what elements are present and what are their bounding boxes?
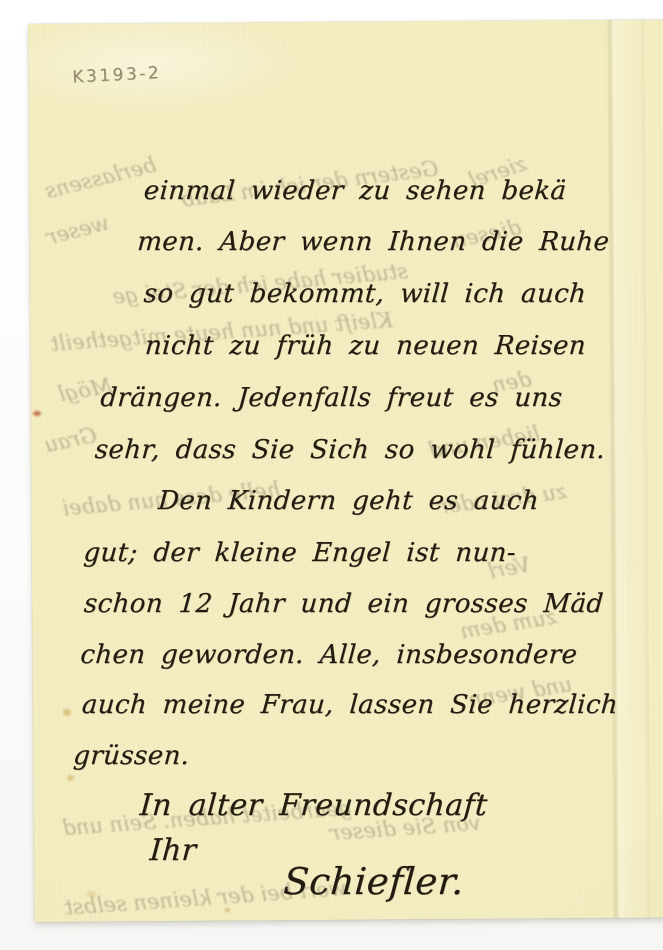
letter-line: In alter Freundschaft [139,788,489,823]
letter-line: men. Aber wenn Ihnen die Ruhe [136,227,610,257]
letter-line: Ihr [149,833,198,868]
letter-line: sehr, dass Sie Sich so wohl fühlen. [94,435,607,465]
letter-line: grüssen. [72,741,190,771]
letter-line: Schiefler. [282,860,465,903]
letter-line: gut; der kleine Engel ist nun- [82,538,517,568]
letter-line: drängen. Jedenfalls freut es uns [99,383,563,413]
letter-line: chen geworden. Alle, insbesondere [79,640,578,670]
letter-line: schon 12 Jahr und ein grosses Mäd [83,589,605,619]
scan-background: K3193-2 berlassensGestern der ich im Lau… [0,0,663,950]
letter-line: nicht zu früh zu neuen Reisen [144,331,587,361]
letter-line: einmal wieder zu sehen bekä [143,176,568,206]
letter-body: einmal wieder zu sehen bekämen. Aber wen… [0,0,663,950]
letter-line: auch meine Frau, lassen Sie herzlich [81,690,619,720]
letter-line: so gut bekommt, will ich auch [143,279,588,309]
letter-line: Den Kindern geht es auch [157,486,540,516]
